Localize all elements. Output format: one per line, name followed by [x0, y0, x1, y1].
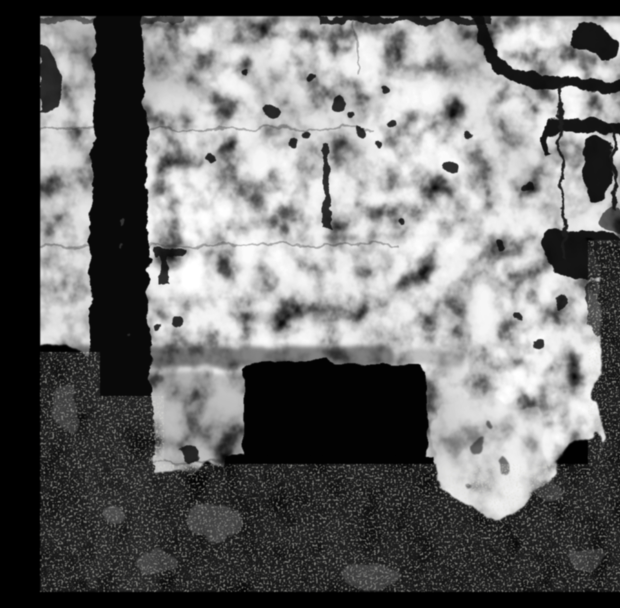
leaf-mark — [380, 85, 390, 95]
leaf-mark — [555, 295, 569, 309]
photo-canvas: Faint horizontal mortar joints across th… — [40, 16, 620, 592]
leaf-mark — [398, 220, 406, 228]
stain-band-fade — [388, 350, 464, 365]
leaf-mark — [181, 445, 199, 463]
highlight-patch — [140, 550, 180, 572]
leaf-mark — [308, 74, 316, 82]
bench-silhouette: Solid black rectangular silhouette with … — [223, 359, 436, 475]
leaf-mark — [205, 152, 215, 162]
leaf-mark — [388, 122, 396, 130]
leaf-mark — [289, 139, 299, 149]
leaf-mark — [346, 112, 354, 120]
highlight-patch — [342, 563, 402, 589]
wall-mark-horizontal — [153, 249, 185, 256]
photo-frame: Faint horizontal mortar joints across th… — [40, 16, 620, 592]
highlight-patch — [187, 505, 243, 537]
pole-highlight — [120, 246, 124, 250]
bench-body — [243, 359, 428, 467]
pole-highlight — [126, 334, 130, 338]
highlight-patch — [534, 484, 562, 504]
leaf-mark — [333, 95, 347, 109]
leaf-mark — [523, 184, 531, 192]
highlight-patch — [51, 382, 79, 430]
leaf-mark — [174, 317, 184, 327]
bush-dark-fleck — [488, 426, 496, 434]
leaf-mark — [242, 68, 248, 74]
highlight-patch — [569, 545, 601, 567]
top-edge-streak — [318, 16, 490, 22]
leaf-mark — [301, 130, 309, 138]
wall-mark-vertical — [159, 256, 167, 284]
leaf-mark — [156, 322, 164, 330]
leaf-mark — [446, 162, 458, 174]
pole-highlight — [123, 219, 128, 224]
leaf-mark — [493, 241, 503, 251]
leaf-mark — [514, 312, 522, 320]
leaf-mark — [372, 143, 380, 151]
bush-dark-fleck — [472, 442, 484, 454]
shrub-stem — [324, 144, 331, 228]
leaf-mark — [535, 341, 545, 351]
highlight-patch — [97, 505, 123, 523]
leaf-mark — [466, 130, 474, 138]
leaf-mark — [264, 104, 280, 120]
leaf-mark — [357, 128, 367, 138]
